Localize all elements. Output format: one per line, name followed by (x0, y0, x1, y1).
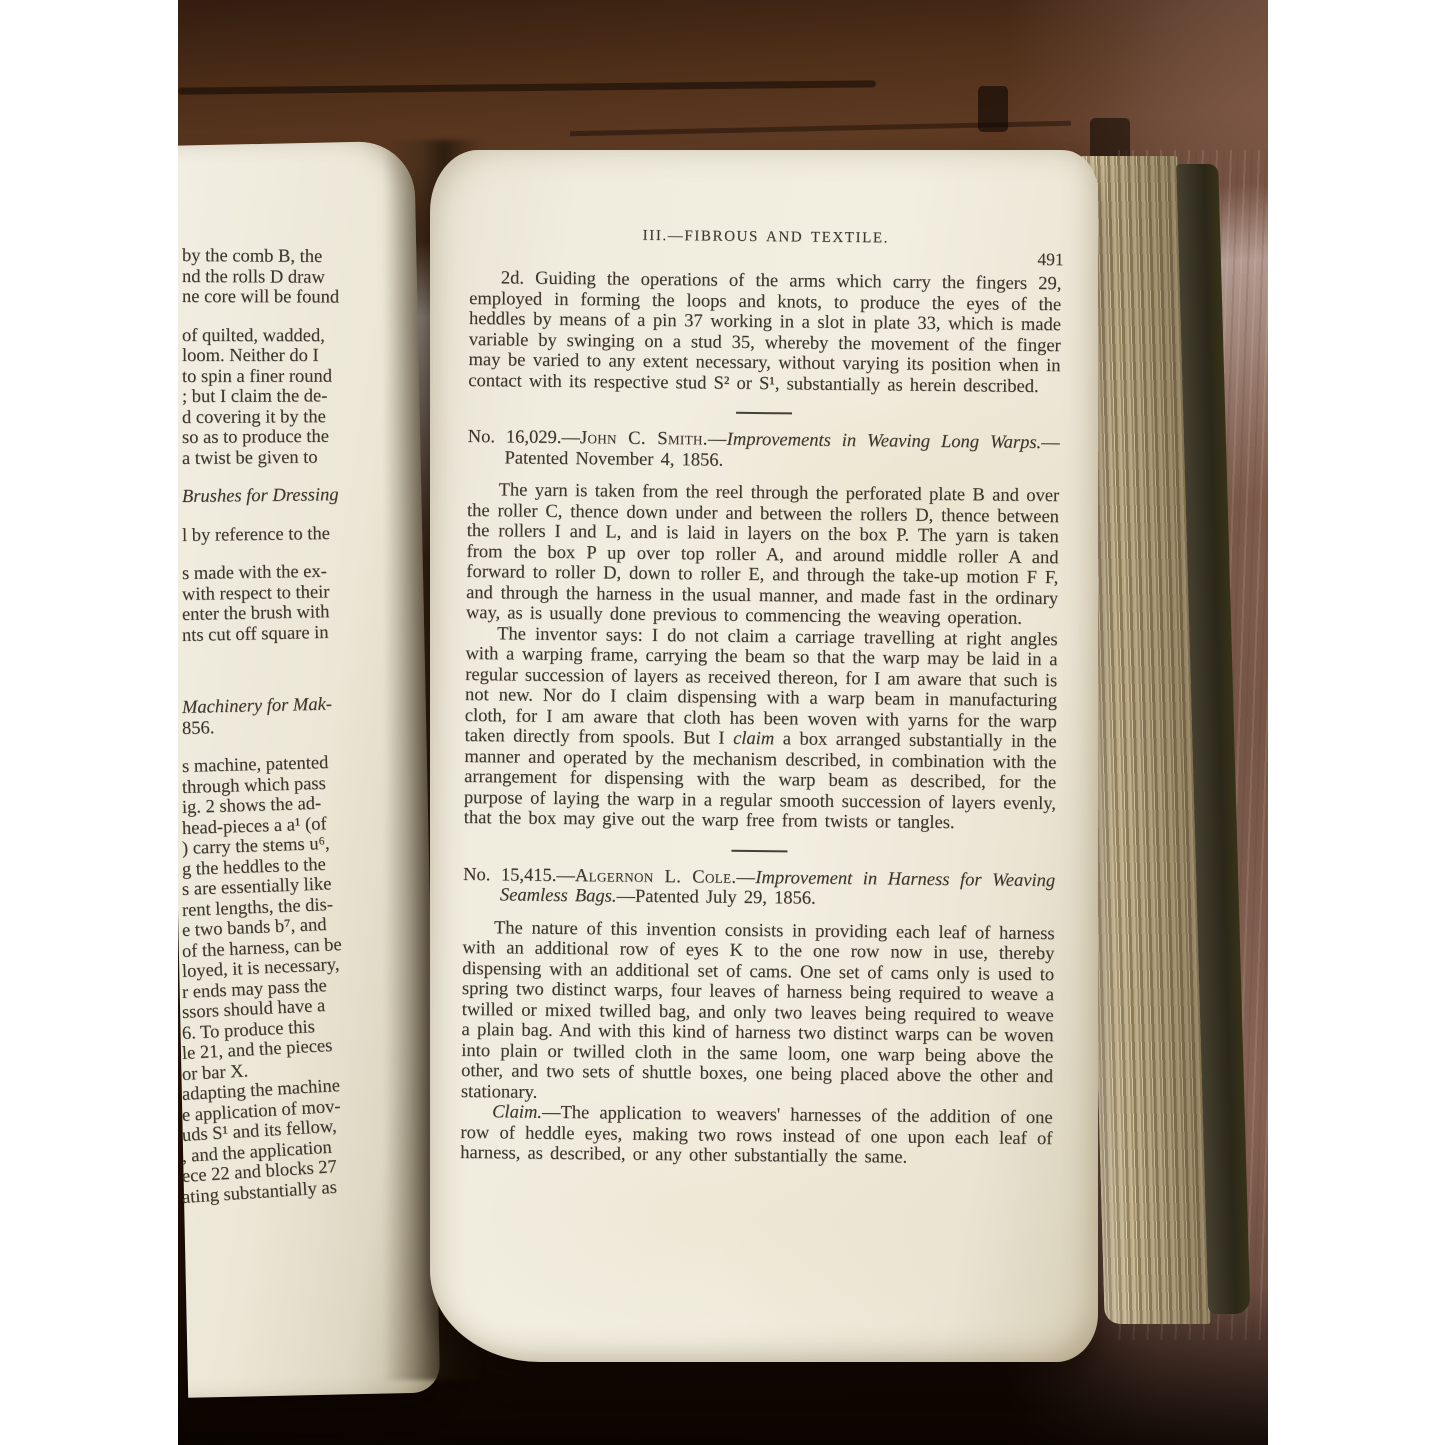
left-page-line-fragment: a twist be given to (182, 446, 418, 469)
left-page-text-column: by the comb B, thend the rolls D drawne … (182, 246, 418, 1208)
patent-description-paragraph: The yarn is taken from the reel through … (466, 480, 1059, 630)
book-fore-edge (1072, 156, 1265, 1324)
left-page-line-fragment: d covering it by the (182, 406, 418, 428)
running-head: III.—FIBROUS AND TEXTILE. (470, 224, 1062, 251)
patent-entry-heading: No. 15,415.—Algernon L. Cole.—Improvemen… (463, 864, 1055, 911)
patent-number: No. 15,415.— (463, 864, 575, 885)
right-page-text-column: III.—FIBROUS AND TEXTILE. 491 2d. Guidin… (460, 224, 1062, 1170)
patent-claim-paragraph: The inventor says: I do not claim a carr… (464, 623, 1058, 834)
patent-entry-heading: No. 16,029.—John C. Smith.—Improvements … (467, 427, 1059, 474)
section-divider (731, 849, 787, 852)
left-page-line-fragment: nts cut off square in (182, 620, 418, 646)
inventor-name: John C. Smith.— (580, 428, 727, 450)
section-divider (736, 412, 792, 415)
claim-word-italic: claim (733, 729, 774, 749)
patent-title: Improvements in Weaving Long Warps. (727, 430, 1042, 453)
left-page-line-fragment: by the comb B, the (182, 246, 418, 268)
claim-word-italic: Claim. (492, 1102, 542, 1123)
left-page-line-fragment: ; but I claim the de- (182, 386, 418, 408)
white-matte-right (1268, 0, 1445, 1445)
left-page-line-fragment: ne core will be found (182, 287, 418, 308)
left-page-line-fragment: of quilted, wadded, (182, 326, 418, 347)
running-head-row: III.—FIBROUS AND TEXTILE. 491 (470, 224, 1062, 260)
book-photo-scene: III.—FIBROUS AND TEXTILE. 491 2d. Guidin… (0, 0, 1445, 1445)
left-page-line-fragment: nd the rolls D draw (182, 267, 418, 289)
patent-description-paragraph: The nature of this invention consists in… (461, 917, 1055, 1108)
left-page-line-fragment: to spin a finer round (182, 366, 418, 387)
claim-clause-paragraph: 2d. Guiding the operations of the arms w… (468, 268, 1061, 397)
left-page-line-fragment: Brushes for Dressing (182, 484, 418, 507)
patent-date: —Patented July 29, 1856. (616, 887, 815, 909)
left-page-line-fragment: so as to produce the (182, 426, 418, 448)
page-number: 491 (1037, 249, 1063, 270)
wood-plank-seam (178, 80, 876, 94)
inventor-name: Algernon L. Cole.— (575, 866, 756, 888)
left-page-line-fragment: l by reference to the (182, 522, 418, 546)
wood-knot (978, 86, 1008, 132)
patent-claim-paragraph: Claim.—The application to weavers' harne… (460, 1102, 1053, 1170)
patent-number: No. 16,029.— (468, 427, 580, 448)
photograph: III.—FIBROUS AND TEXTILE. 491 2d. Guidin… (178, 0, 1268, 1445)
right-book-page: III.—FIBROUS AND TEXTILE. 491 2d. Guidin… (430, 150, 1098, 1362)
white-matte-left (0, 0, 178, 1445)
left-page-line-fragment: loom. Neither do I (182, 346, 418, 367)
